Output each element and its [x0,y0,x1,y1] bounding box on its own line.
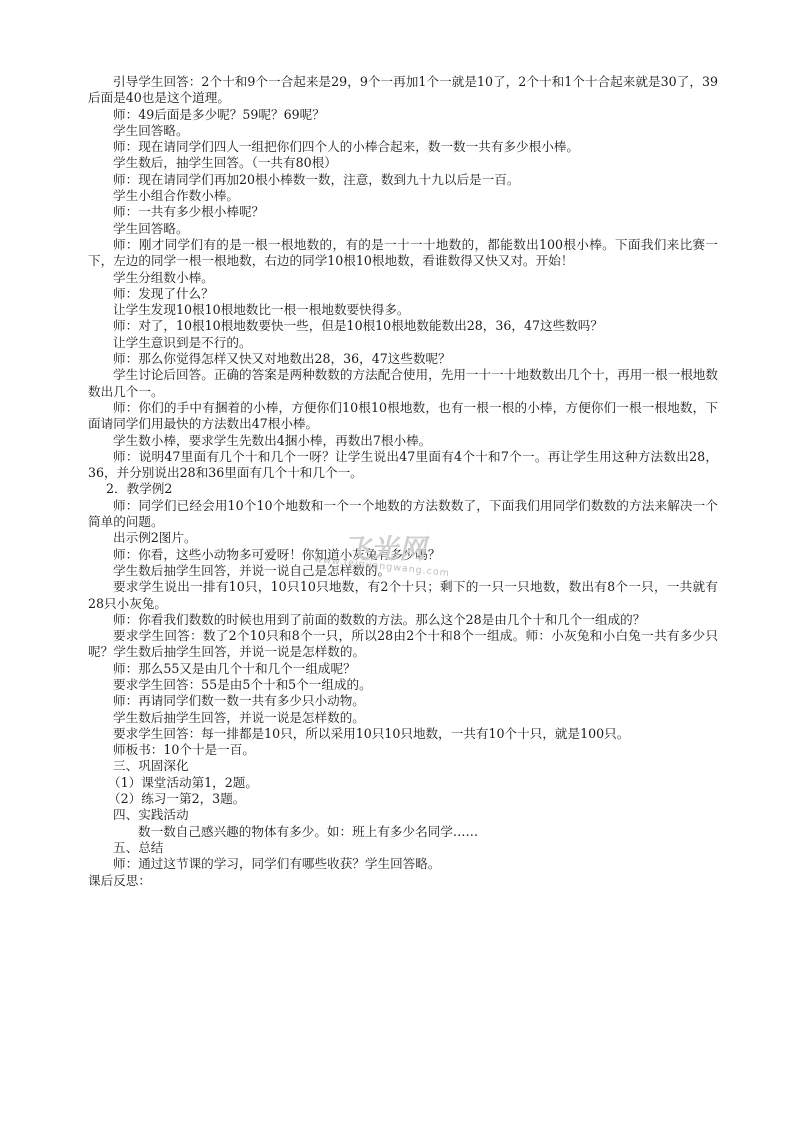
paragraph: 学生回答略。 [88,123,718,139]
paragraph: 师：对了，10根10根地数要快一些，但是10根10根地数能数出28，36，47这… [88,318,718,334]
paragraph: 要求学生回答：每一排都是10只，所以采用10只10只地数，一共有10个十只，就是… [88,726,718,742]
paragraph: 师：刚才同学们有的是一根一根地数的，有的是一十一十地数的，都能数出100根小棒。… [88,237,718,270]
paragraph: 学生数小棒，要求学生先数出4捆小棒，再数出7根小棒。 [88,433,718,449]
paragraph: 让学生意识到是不行的。 [88,335,718,351]
paragraph: 师：你看，这些小动物多可爱呀！你知道小灰兔有多少吗？ [88,547,718,563]
paragraph: 师：现在请同学们再加20根小棒数一数，注意，数到九十九以后是一百。 [88,172,718,188]
list-item: （1）课堂活动第1，2题。 [88,775,718,791]
paragraph: 师板书：10个十是一百。 [88,742,718,758]
paragraph: 师：你们的手中有捆着的小棒，方便你们10根10根地数，也有一根一根的小棒，方便你… [88,400,718,433]
paragraph: 师：你看我们数数的时候也用到了前面的数数的方法。那么这个28是由几个十和几个一组… [88,612,718,628]
paragraph: 师：通过这节课的学习，同学们有哪些收获？学生回答略。 [88,856,718,872]
paragraph: 师：现在请同学们四人一组把你们四个人的小棒合起来，数一数一共有多少根小棒。 [88,139,718,155]
paragraph: 师：再请同学们数一数一共有多少只小动物。 [88,693,718,709]
paragraph: 师：那么55又是由几个十和几个一组成呢？ [88,661,718,677]
paragraph: 要求学生回答：55是由5个十和5个一组成的。 [88,677,718,693]
list-item: （2）练习一第2，3题。 [88,791,718,807]
paragraph: 师：发现了什么？ [88,286,718,302]
paragraph: 引导学生回答：2个十和9个一合起来是29，9个一再加1个一就是10了，2个十和1… [88,74,718,107]
document-body: 引导学生回答：2个十和9个一合起来是29，9个一再加1个一就是10了，2个十和1… [88,74,718,889]
paragraph: 学生小组合作数小棒。 [88,188,718,204]
paragraph: 让学生发现10根10根地数比一根一根地数要快得多。 [88,302,718,318]
section-heading-practice: 四、实践活动 [88,807,718,823]
reflection-label: 课后反思： [88,873,718,889]
paragraph: 学生回答略。 [88,221,718,237]
paragraph: 数一数自己感兴趣的物体有多少。如：班上有多少名同学…… [88,824,718,840]
paragraph: 学生分组数小棒。 [88,270,718,286]
paragraph: 学生数后，抽学生回答。（一共有80根） [88,155,718,171]
section-heading-summary: 五、总结 [88,840,718,856]
paragraph: 出示例2图片。 [88,530,718,546]
paragraph: 学生数后抽学生回答，并说一说自己是怎样数的。 [88,563,718,579]
paragraph: 要求学生说出一排有10只，10只10只地数，有2个十只；剩下的一只一只地数，数出… [88,579,718,612]
paragraph: 师：49后面是多少呢？59呢？69呢？ [88,107,718,123]
section-heading-consolidate: 三、巩固深化 [88,758,718,774]
paragraph: 要求学生回答：数了2个10只和8个一只，所以28由2个十和8个一组成。师：小灰兔… [88,628,718,661]
paragraph: 师：一共有多少根小棒呢？ [88,204,718,220]
paragraph: 学生数后抽学生回答，并说一说是怎样数的。 [88,710,718,726]
paragraph: 师：同学们已经会用10个10个地数和一个一个地数的方法数数了，下面我们用同学们数… [88,498,718,531]
paragraph: 师：说明47里面有几个十和几个一呀？让学生说出47里面有4个十和7个一。再让学生… [88,449,718,482]
paragraph: 师：那么你觉得怎样又快又对地数出28，36，47这些数呢？ [88,351,718,367]
section-heading-example-2: 2．教学例2 [88,481,718,497]
paragraph: 学生讨论后回答。正确的答案是两种数数的方法配合使用，先用一十一十地数数出几个十，… [88,367,718,400]
